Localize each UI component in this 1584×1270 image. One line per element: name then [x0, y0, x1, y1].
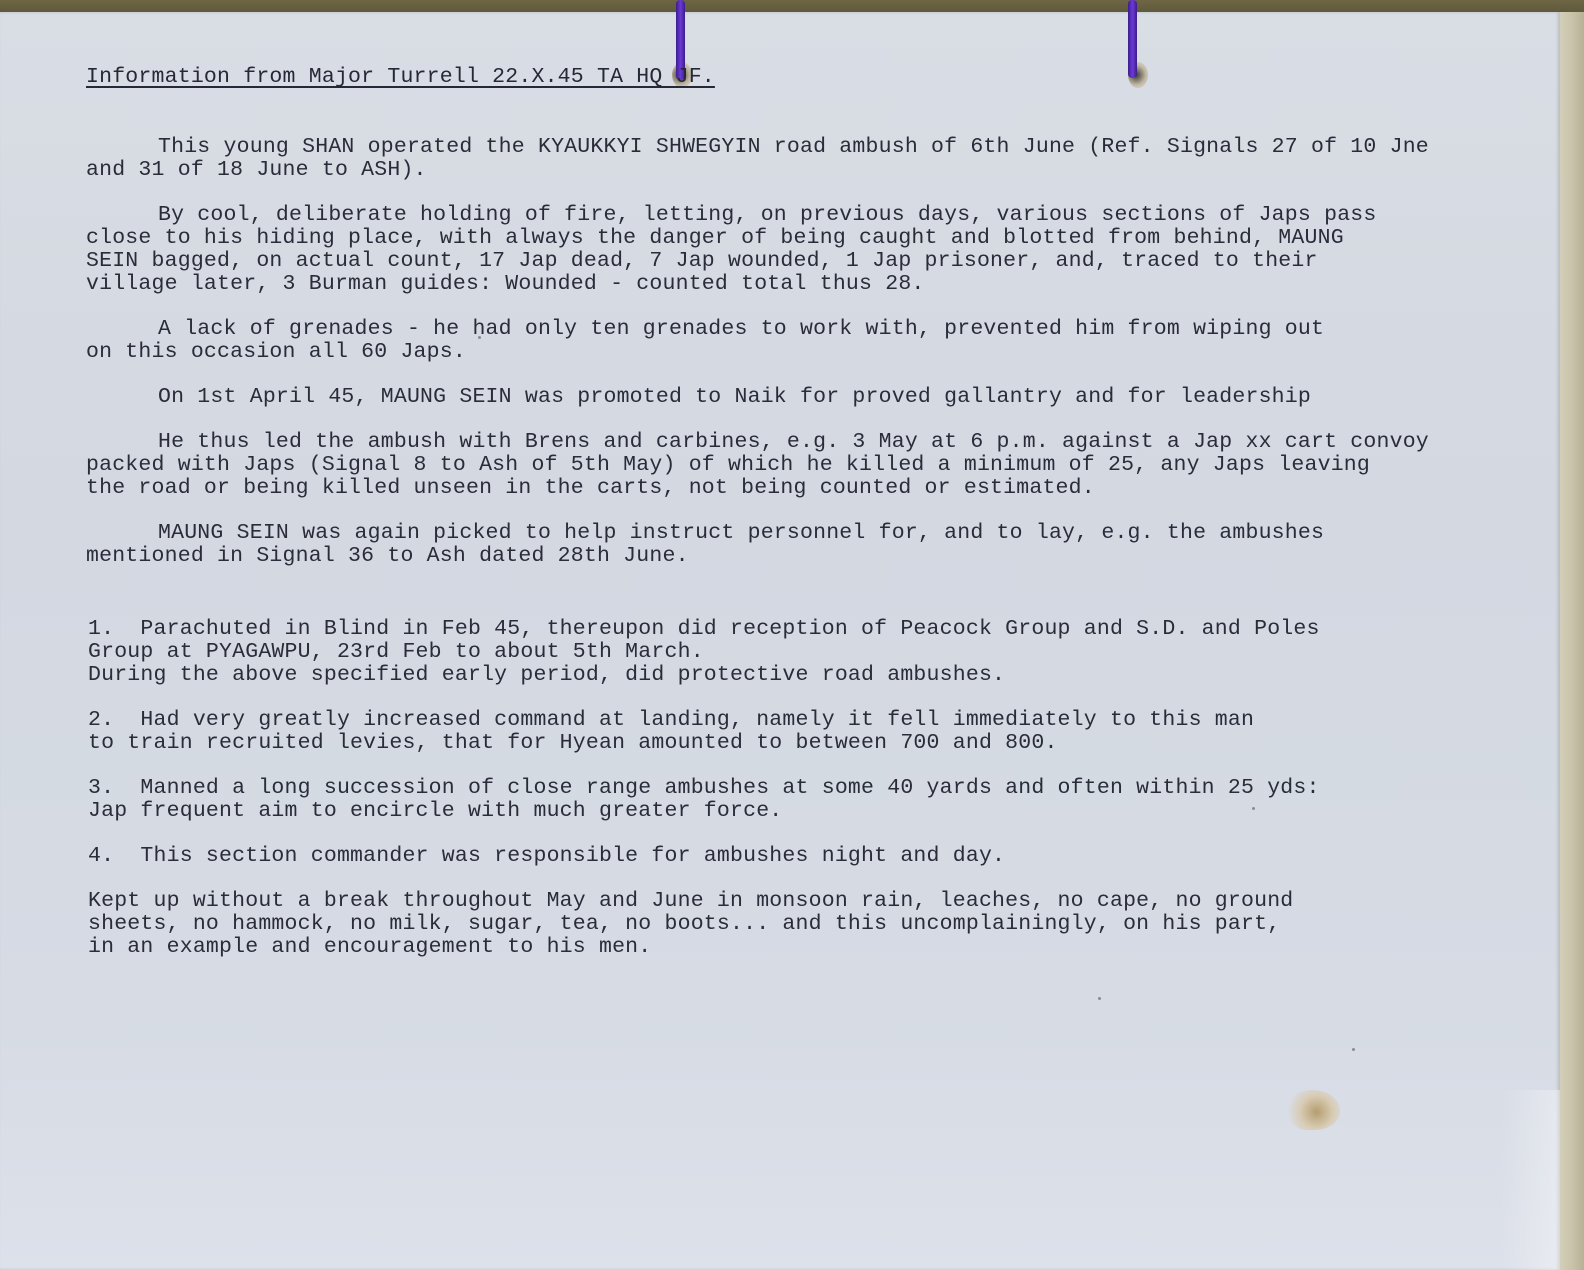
paragraph-intro: This young SHAN operated the KYAUKKYI SH…: [86, 136, 1566, 182]
document-body: Information from Major Turrell 22.X.45 T…: [86, 66, 1566, 981]
closing-paragraph: Kept up without a break throughout May a…: [88, 890, 1566, 959]
numbered-item-1: 1. Parachuted in Blind in Feb 45, thereu…: [88, 618, 1566, 687]
section-gap: [86, 590, 1566, 618]
numbered-item-2: 2. Had very greatly increased command at…: [88, 709, 1566, 755]
paragraph-promotion: On 1st April 45, MAUNG SEIN was promoted…: [86, 386, 1566, 409]
paragraph-cart-convoy: He thus led the ambush with Brens and ca…: [86, 431, 1566, 500]
numbered-item-3: 3. Manned a long succession of close ran…: [88, 777, 1566, 823]
ink-speck: [1352, 1048, 1355, 1051]
numbered-item-4: 4. This section commander was responsibl…: [88, 845, 1566, 868]
paragraph-ambush-count: By cool, deliberate holding of fire, let…: [86, 204, 1566, 296]
paragraph-grenades: A lack of grenades - he had only ten gre…: [86, 318, 1566, 364]
paragraph-instruction: MAUNG SEIN was again picked to help inst…: [86, 522, 1566, 568]
paper-damage-stain: [1288, 1090, 1340, 1130]
document-title: Information from Major Turrell 22.X.45 T…: [86, 66, 715, 89]
ink-speck: [1098, 997, 1101, 1000]
